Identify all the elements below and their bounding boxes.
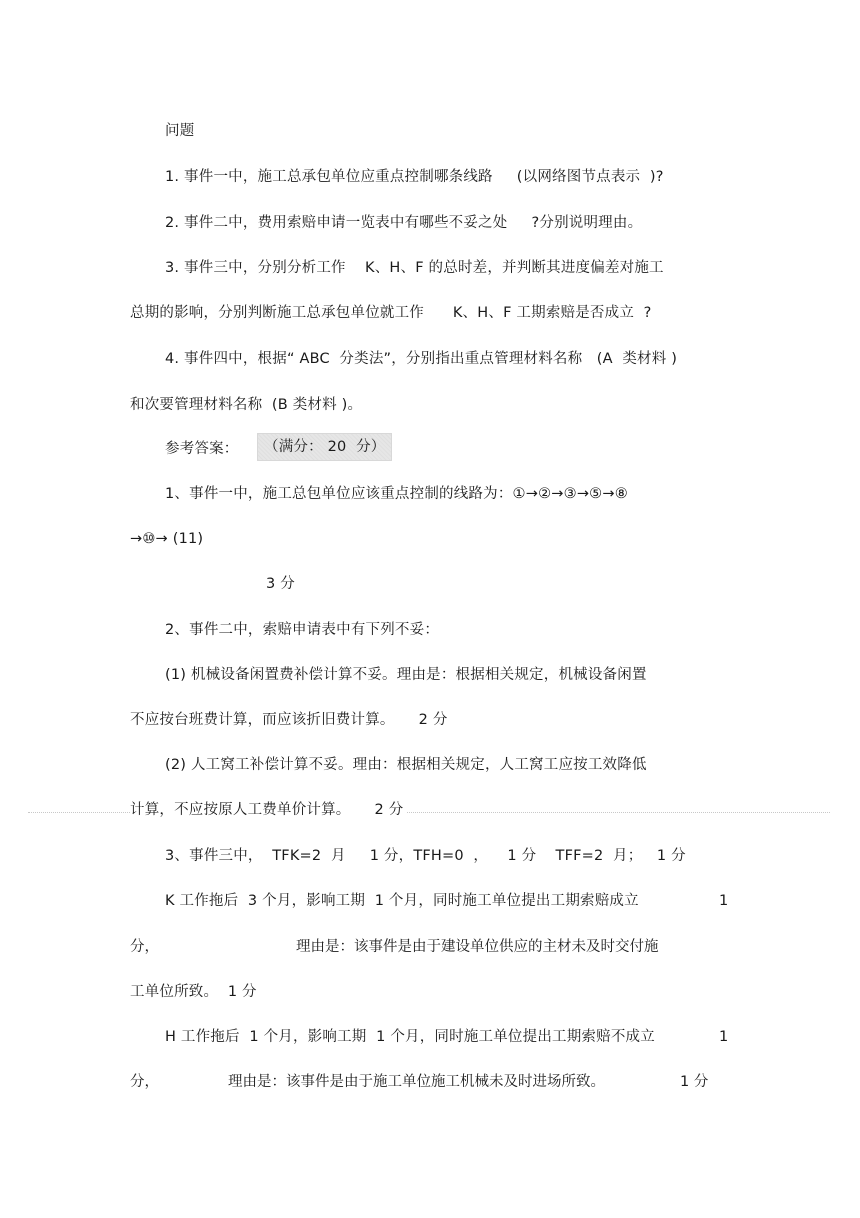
question-4-line-1: 4. 事件四中，根据“ ABC 分类法”，分别指出重点管理材料名称 (A 类材料… <box>165 349 677 369</box>
question-1: 1. 事件一中，施工总承包单位应重点控制哪条线路 (以网络图节点表示 )? <box>165 167 664 187</box>
question-3-line-1: 3. 事件三中，分别分析工作 K、H、F 的总时差，并判断其进度偏差对施工 <box>165 258 664 278</box>
answer-1-line-1: 1、事件一中，施工总包单位应该重点控制的线路为：①→②→③→⑤→⑧ <box>165 484 628 504</box>
answer-2-item-1-line-2: 不应按台班费计算，而应该折旧费计算。 2 分 <box>130 710 448 730</box>
answer-2-item-1-line-1: (1) 机械设备闲置费补偿计算不妥。理由是：根据相关规定，机械设备闲置 <box>165 665 647 685</box>
answer-2-item-2-line-1: (2) 人工窝工补偿计算不妥。理由：根据相关规定，人工窝工应按工效降低 <box>165 755 647 775</box>
answer-3-h-line-2-score: 1 分 <box>680 1072 708 1092</box>
answer-3-k-line-2-reason: 理由是：该事件是由于建设单位供应的主材未及时交付施 <box>296 937 659 957</box>
answer-3-k-line-1: K 工作拖后 3 个月，影响工期 1 个月，同时施工单位提出工期索赔成立 <box>165 891 639 911</box>
question-4-line-2: 和次要管理材料名称 (B 类材料 )。 <box>130 395 362 415</box>
answer-3-h-line-2-prefix: 分， <box>130 1072 159 1092</box>
question-2: 2. 事件二中，费用索赔申请一览表中有哪些不妥之处 ?分别说明理由。 <box>165 213 642 233</box>
answer-2-item-2-line-2: 计算，不应按原人工费单价计算。 2 分 <box>130 800 407 820</box>
answer-3-h-score-part: 1 <box>719 1027 728 1047</box>
answer-3-h-line-2-reason: 理由是：该事件是由于施工单位施工机械未及时进场所致。 <box>228 1072 605 1092</box>
answer-score-highlight: （满分： 20 分） <box>257 433 392 461</box>
answer-label: 参考答案： <box>165 439 239 459</box>
answer-3-line-1: 3、事件三中， TFK=2 月 1 分，TFH=0 ， 1 分 TFF=2 月；… <box>165 846 686 866</box>
answer-3-k-line-2-prefix: 分， <box>130 937 159 957</box>
heading-questions: 问题 <box>165 121 194 141</box>
answer-1-line-2: →⑩→ (11) <box>130 529 203 549</box>
answer-2-intro: 2、事件二中，索赔申请表中有下列不妥： <box>165 620 439 640</box>
answer-3-k-line-3: 工单位所致。 1 分 <box>130 982 257 1002</box>
answer-3-k-score-part: 1 <box>719 891 728 911</box>
answer-3-h-line-1: H 工作拖后 1 个月，影响工期 1 个月，同时施工单位提出工期索赔不成立 <box>165 1027 655 1047</box>
question-3-line-2: 总期的影响，分别判断施工总承包单位就工作 K、H、F 工期索赔是否成立 ? <box>130 303 652 323</box>
answer-1-score: 3 分 <box>266 574 295 594</box>
